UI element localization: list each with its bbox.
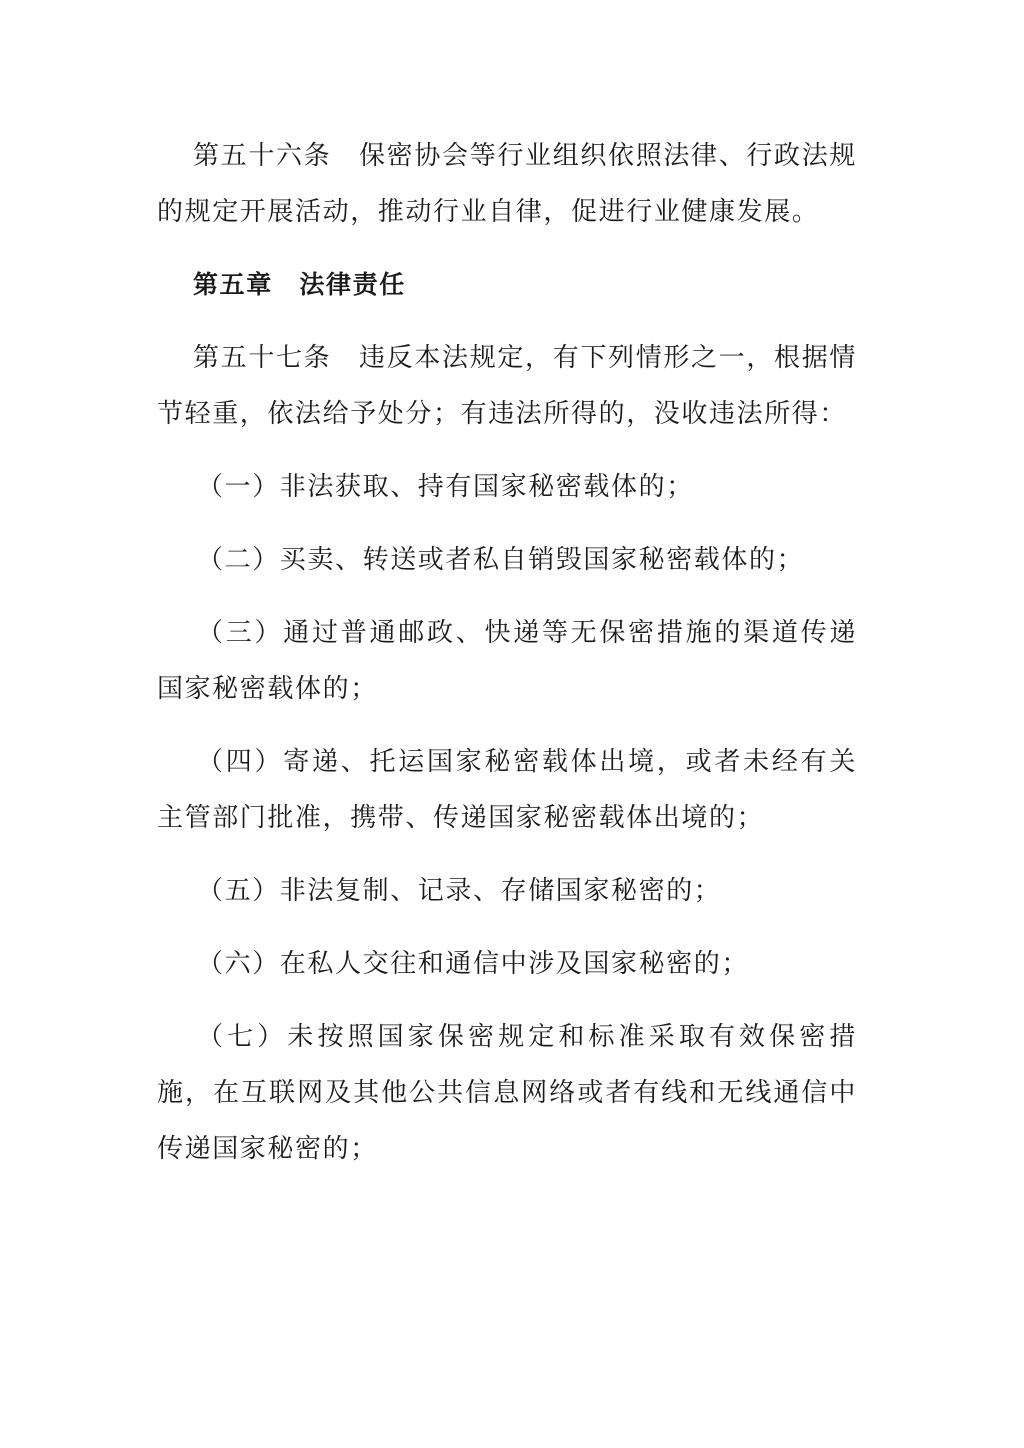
article-57: 第五十七条 违反本法规定，有下列情形之一，根据情节轻重，依法给予处分；有违法所得… xyxy=(157,330,857,442)
list-item-6: （六）在私人交往和通信中涉及国家秘密的； xyxy=(157,936,857,992)
list-item-5: （五）非法复制、记录、存储国家秘密的； xyxy=(157,863,857,919)
list-item-7: （七）未按照国家保密规定和标准采取有效保密措施，在互联网及其他公共信息网络或者有… xyxy=(157,1009,857,1177)
document-page: 第五十六条 保密协会等行业组织依照法律、行政法规的规定开展活动，推动行业自律，促… xyxy=(157,128,857,1194)
article-56: 第五十六条 保密协会等行业组织依照法律、行政法规的规定开展活动，推动行业自律，促… xyxy=(157,128,857,240)
list-item-4: （四）寄递、托运国家秘密载体出境，或者未经有关主管部门批准，携带、传递国家秘密载… xyxy=(157,734,857,846)
list-item-2: （二）买卖、转送或者私自销毁国家秘密载体的； xyxy=(157,532,857,588)
list-item-3: （三）通过普通邮政、快递等无保密措施的渠道传递国家秘密载体的； xyxy=(157,605,857,717)
list-item-1: （一）非法获取、持有国家秘密载体的； xyxy=(157,459,857,515)
chapter-heading: 第五章 法律责任 xyxy=(157,257,857,313)
